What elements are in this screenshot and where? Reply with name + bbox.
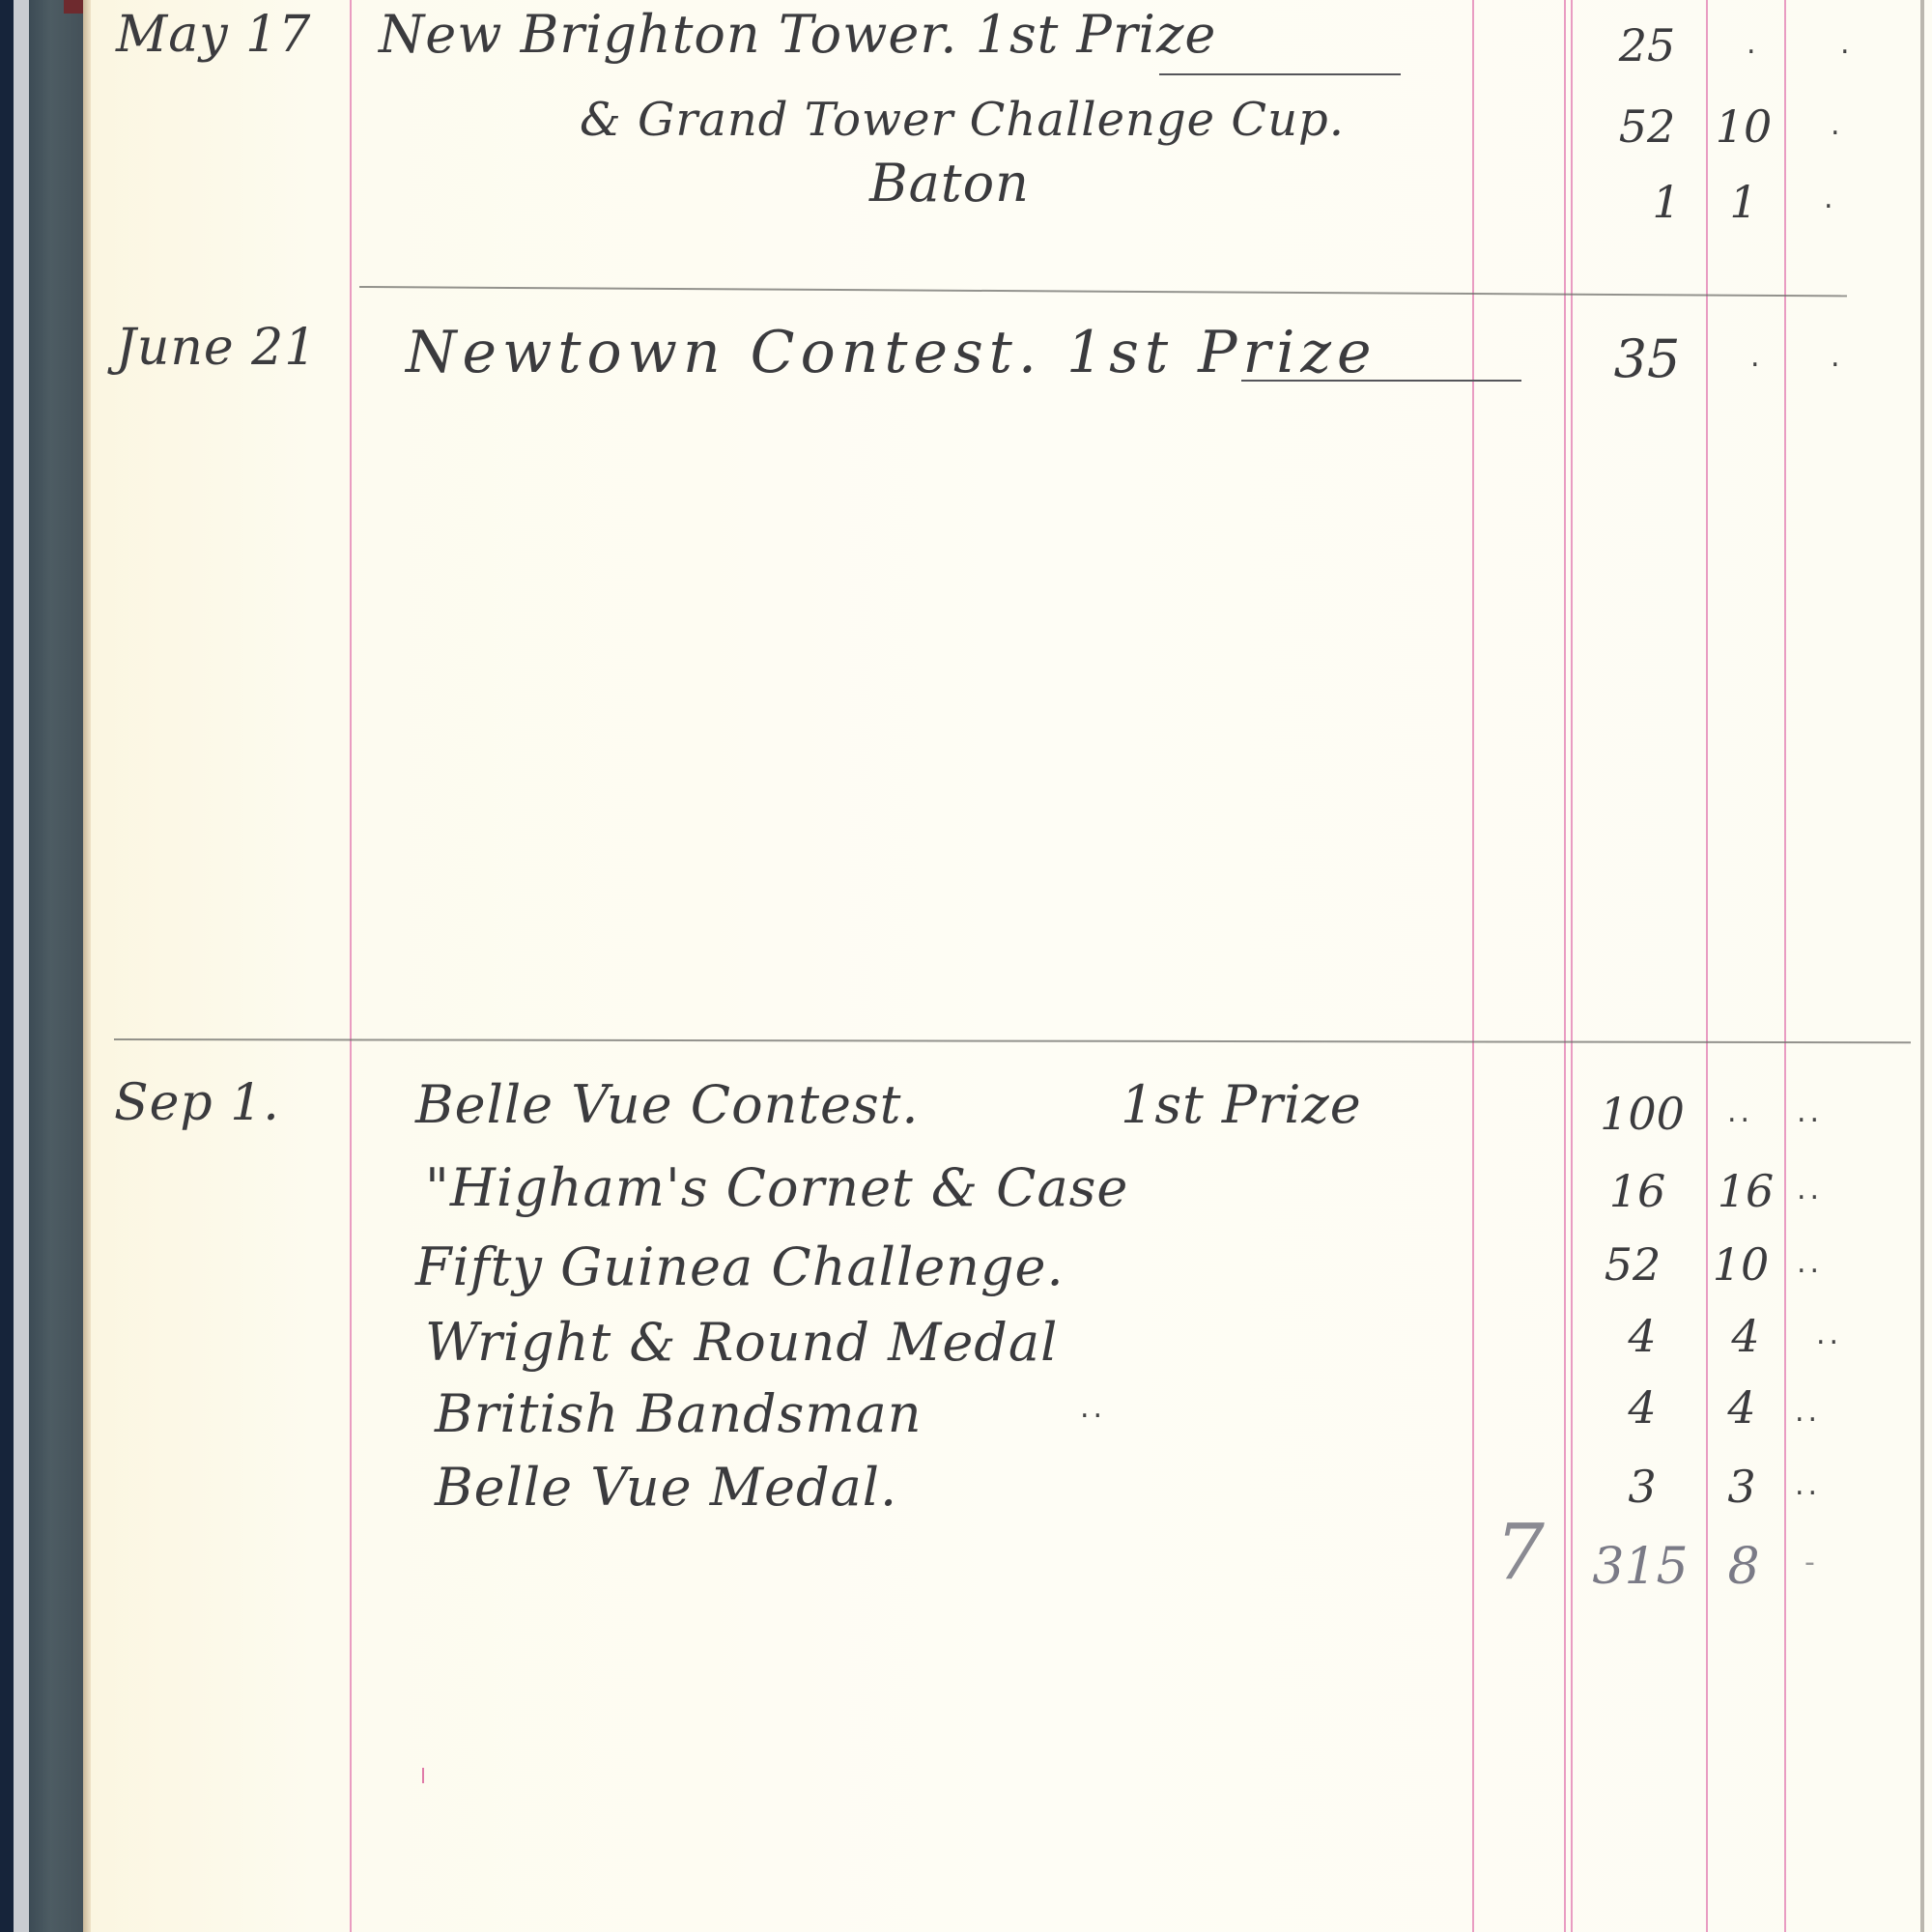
entry-description: Belle Vue Medal. xyxy=(435,1457,897,1518)
amount-pounds: 1 xyxy=(1633,176,1700,228)
stray-mark xyxy=(422,1768,424,1783)
pounds-column-rule-a xyxy=(1564,0,1566,1932)
amount-pounds: 52 xyxy=(1594,100,1700,153)
entry-description: "Higham's Cornet & Case xyxy=(425,1157,1128,1218)
amount-shillings: .. xyxy=(1727,1095,1753,1129)
amount-pounds: 16 xyxy=(1599,1165,1676,1217)
spine-cloth xyxy=(29,0,83,1932)
amount-shillings: . xyxy=(1750,340,1764,374)
entry-date: June 21 xyxy=(116,319,317,377)
pence-column-rule xyxy=(1784,0,1786,1932)
book-binding xyxy=(0,0,89,1932)
amount-pounds: 25 xyxy=(1594,19,1700,71)
amount-pounds: 52 xyxy=(1584,1238,1681,1291)
total-pence: - xyxy=(1804,1546,1819,1579)
entry-description: New Brighton Tower. 1st Prize xyxy=(379,4,1216,65)
amount-shillings: 4 xyxy=(1712,1310,1779,1362)
amount-pounds: 4 xyxy=(1608,1381,1676,1434)
amount-shillings: . xyxy=(1747,27,1760,61)
amount-shillings: 16 xyxy=(1712,1165,1779,1217)
amount-pence: . xyxy=(1831,108,1844,142)
cover-edge xyxy=(0,0,14,1932)
amount-pence: .. xyxy=(1795,1395,1821,1429)
entry-description: British Bandsman xyxy=(435,1383,923,1444)
page-gutter xyxy=(83,0,91,1932)
shillings-column-rule xyxy=(1706,0,1708,1932)
amount-shillings: 10 xyxy=(1712,1238,1770,1291)
amount-shillings: 4 xyxy=(1708,1381,1776,1434)
amount-pence: .. xyxy=(1797,1095,1823,1129)
ditto-mark: .. xyxy=(1080,1391,1106,1425)
entry-date: Sep 1. xyxy=(114,1074,280,1132)
folio-mark: 7 xyxy=(1495,1507,1545,1597)
amount-pence: .. xyxy=(1795,1468,1821,1502)
prize-underline xyxy=(1159,73,1401,75)
total-pounds: 315 xyxy=(1582,1538,1698,1596)
entry-description: & Grand Tower Challenge Cup. xyxy=(580,93,1345,147)
entry-description: Baton xyxy=(869,153,1030,213)
total-shillings: 8 xyxy=(1715,1538,1773,1596)
entry-prize: 1st Prize xyxy=(1121,1074,1362,1135)
entry-description: Newtown Contest. 1st Prize xyxy=(406,319,1378,386)
entry-description: Belle Vue Contest. xyxy=(415,1074,920,1135)
page-right-edge xyxy=(1920,0,1924,1932)
amount-pounds: 100 xyxy=(1584,1088,1700,1140)
cover-corner xyxy=(64,0,83,14)
pounds-column-rule-b xyxy=(1571,0,1573,1932)
margin-rule xyxy=(350,0,352,1932)
amount-pounds: 35 xyxy=(1594,328,1700,389)
amount-pence: . xyxy=(1831,340,1844,374)
prize-underline xyxy=(1241,380,1521,382)
entry-date: May 17 xyxy=(116,6,311,64)
amount-pounds: 4 xyxy=(1608,1310,1676,1362)
amount-pence: . xyxy=(1840,27,1854,61)
entry-description: Fifty Guinea Challenge. xyxy=(415,1236,1065,1297)
folio-column-rule xyxy=(1472,0,1474,1932)
amount-shillings: 3 xyxy=(1708,1461,1776,1513)
amount-pence: . xyxy=(1824,182,1837,215)
amount-shillings: 10 xyxy=(1710,100,1777,153)
amount-pence: .. xyxy=(1797,1246,1823,1280)
amount-shillings: 1 xyxy=(1715,176,1773,228)
amount-pence: .. xyxy=(1797,1173,1823,1207)
amount-pence: .. xyxy=(1816,1318,1842,1351)
amount-pounds: 3 xyxy=(1608,1461,1676,1513)
entry-description: Wright & Round Medal xyxy=(425,1312,1058,1373)
